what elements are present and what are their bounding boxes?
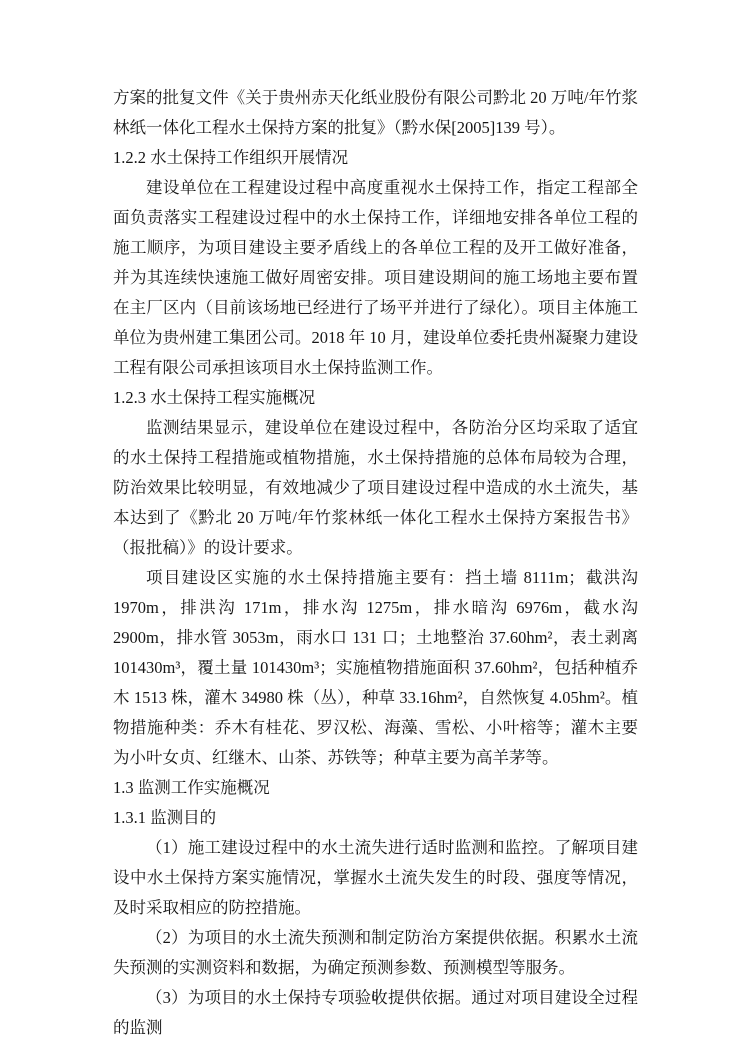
page-number: 6	[0, 990, 750, 1006]
paragraph-implementation-overview: 监测结果显示，建设单位在建设过程中，各防治分区均采取了适宜的水土保持工程措施或植…	[113, 413, 638, 563]
paragraph-monitoring-purpose-2: （2）为项目的水土流失预测和制定防治方案提供依据。积累水土流失预测的实测资料和数…	[113, 923, 638, 983]
section-heading-1-3-1: 1.3.1 监测目的	[113, 803, 638, 833]
paragraph-measures-quantities: 项目建设区实施的水土保持措施主要有：挡土墙 8111m；截洪沟 1970m，排洪…	[113, 563, 638, 773]
paragraph-approval-continuation: 方案的批复文件《关于贵州赤天化纸业股份有限公司黔北 20 万吨/年竹浆林纸一体化…	[113, 83, 638, 143]
paragraph-work-organization: 建设单位在工程建设过程中高度重视水土保持工作，指定工程部全面负责落实工程建设过程…	[113, 173, 638, 383]
section-heading-1-2-3: 1.2.3 水土保持工程实施概况	[113, 383, 638, 413]
section-heading-1-3: 1.3 监测工作实施概况	[113, 773, 638, 803]
paragraph-monitoring-purpose-1: （1）施工建设过程中的水土流失进行适时监测和监控。了解项目建设中水土保持方案实施…	[113, 833, 638, 923]
document-page: 方案的批复文件《关于贵州赤天化纸业股份有限公司黔北 20 万吨/年竹浆林纸一体化…	[0, 0, 750, 1061]
section-heading-1-2-2: 1.2.2 水土保持工作组织开展情况	[113, 143, 638, 173]
